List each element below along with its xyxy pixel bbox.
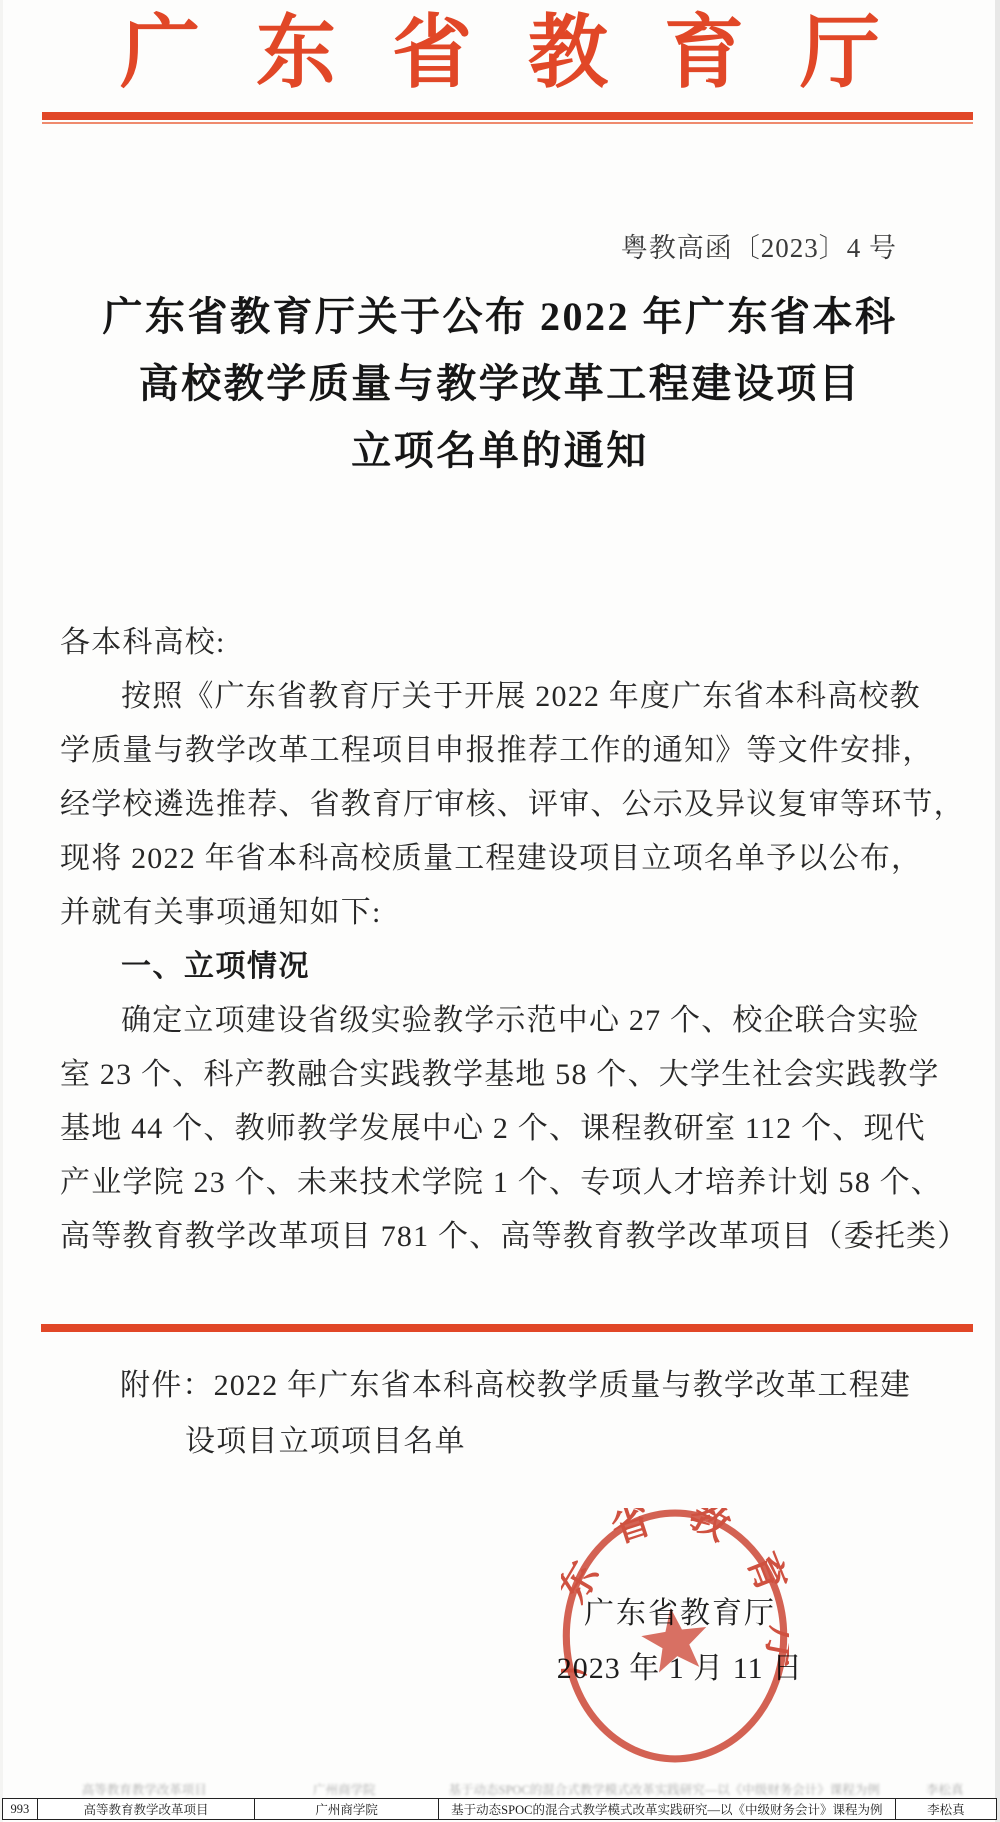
cell-project-category: 高等教育教学改革项目 bbox=[37, 1799, 254, 1819]
title-line-3: 立项名单的通知 bbox=[0, 417, 1000, 484]
body-line-11: 高等教育教学改革项目 781 个、高等教育教学改革项目（委托类） bbox=[60, 1210, 960, 1264]
cell-project-leader: 李松真 bbox=[895, 1799, 996, 1819]
body-line-3: 经学校遴选推荐、省教育厅审核、评审、公示及异议复审等环节， bbox=[60, 778, 960, 832]
ghost-cell-project: 基于动态SPOC的混合式教学模式改革实践研究—以《中级财务会计》课程为例 bbox=[436, 1779, 893, 1798]
body-line-9: 基地 44 个、教师教学发展中心 2 个、课程教研室 112 个、现代 bbox=[60, 1102, 960, 1156]
seal-ring-text: 广东省教育厅 bbox=[561, 1508, 789, 1700]
appendix-table-row: 993 高等教育教学改革项目 广州商学院 基于动态SPOC的混合式教学模式改革实… bbox=[2, 1798, 997, 1820]
body-line-4: 现将 2022 年省本科高校质量工程建设项目立项名单予以公布， bbox=[60, 832, 960, 886]
body-line-2: 学质量与教学改革工程项目申报推荐工作的通知》等文件安排， bbox=[60, 724, 960, 778]
scan-edge-left bbox=[0, 0, 3, 1822]
ghost-cell-school: 广州商学院 bbox=[253, 1779, 436, 1798]
section-heading: 一、立项情况 bbox=[60, 940, 960, 994]
body-line-1: 按照《广东省教育厅关于开展 2022 年度广东省本科高校教 bbox=[60, 670, 960, 724]
official-seal: 广东省教育厅 bbox=[561, 1508, 789, 1765]
letterhead-agency-name: 广 东 省 教 育 厅 bbox=[0, 2, 1000, 106]
body-line-8: 室 23 个、科产教融合实践教学基地 58 个、大学生社会实践教学 bbox=[60, 1048, 960, 1102]
attachment-line-2: 设项目立项项目名单 bbox=[120, 1414, 911, 1470]
ghost-cell-leader: 李松真 bbox=[893, 1779, 997, 1798]
cell-sequence-number: 993 bbox=[3, 1799, 37, 1819]
ghost-cell-category: 高等教育教学改革项目 bbox=[36, 1779, 253, 1798]
appendix-table-ghost-row: 高等教育教学改革项目 广州商学院 基于动态SPOC的混合式教学模式改革实践研究—… bbox=[2, 1779, 997, 1798]
attachment-note: 附件：2022 年广东省本科高校教学质量与教学改革工程建 设项目立项项目名单 bbox=[120, 1358, 911, 1470]
title-line-1: 广东省教育厅关于公布 2022 年广东省本科 bbox=[0, 283, 1000, 350]
ghost-cell-seq bbox=[2, 1779, 36, 1798]
body-line-10: 产业学院 23 个、未来技术学院 1 个、专项人才培养计划 58 个、 bbox=[60, 1156, 960, 1210]
svg-text:广东省教育厅: 广东省教育厅 bbox=[561, 1508, 789, 1700]
attachment-line-1: 附件：2022 年广东省本科高校教学质量与教学改革工程建 bbox=[120, 1358, 911, 1414]
letterhead-divider-thick bbox=[42, 112, 973, 120]
title-line-2: 高校教学质量与教学改革工程建设项目 bbox=[0, 350, 1000, 417]
scan-edge-right bbox=[995, 0, 1000, 1822]
section-divider-red bbox=[41, 1324, 973, 1332]
cell-school-name: 广州商学院 bbox=[254, 1799, 438, 1819]
cell-project-title: 基于动态SPOC的混合式教学模式改革实践研究—以《中级财务会计》课程为例 bbox=[438, 1799, 895, 1819]
letterhead-divider-thin bbox=[42, 122, 973, 124]
salutation: 各本科高校: bbox=[60, 616, 960, 670]
document-page: 广 东 省 教 育 厅 粤教高函〔2023〕4 号 广东省教育厅关于公布 202… bbox=[0, 0, 1000, 1822]
document-body: 各本科高校: 按照《广东省教育厅关于开展 2022 年度广东省本科高校教 学质量… bbox=[60, 616, 960, 1264]
document-number: 粤教高函〔2023〕4 号 bbox=[0, 226, 897, 265]
document-title: 广东省教育厅关于公布 2022 年广东省本科 高校教学质量与教学改革工程建设项目… bbox=[0, 283, 1000, 484]
body-line-7: 确定立项建设省级实验教学示范中心 27 个、校企联合实验 bbox=[60, 994, 960, 1048]
body-line-5: 并就有关事项通知如下: bbox=[60, 886, 960, 940]
seal-star bbox=[638, 1603, 712, 1674]
